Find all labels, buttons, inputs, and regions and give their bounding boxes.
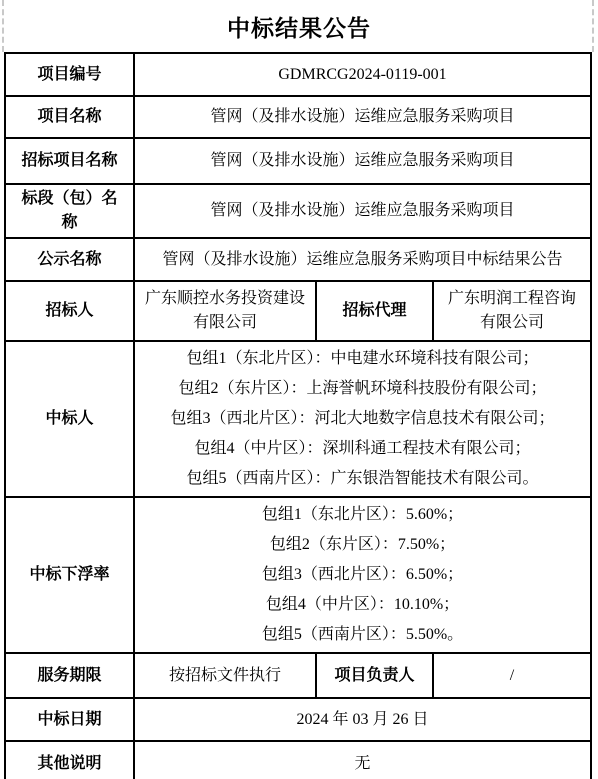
winner-line-4: 包组4（中片区）：深圳科通工程技术有限公司；	[143, 434, 582, 464]
row-winner: 中标人 包组1（东北片区）：中电建水环境科技有限公司； 包组2（东片区）：上海誉…	[5, 341, 591, 497]
award-date-value: 2024 年 03 月 26 日	[134, 698, 591, 741]
row-label-service-period: 服务期限	[5, 653, 134, 698]
project-name-value: 管网（及排水设施）运维应急服务采购项目	[134, 96, 591, 138]
discount-line-4: 包组4（中片区）：10.10%；	[143, 590, 582, 620]
section-name-value: 管网（及排水设施）运维应急服务采购项目	[134, 184, 591, 238]
row-label-section-name: 标段（包）名称	[5, 184, 134, 238]
winner-line-3: 包组3（西北片区）：河北大地数字信息技术有限公司；	[143, 404, 582, 434]
row-label-tender-project-name: 招标项目名称	[5, 138, 134, 184]
row-label-winner: 中标人	[5, 341, 134, 497]
discount-line-3: 包组3（西北片区）：6.50%；	[143, 560, 582, 590]
row-label-award-date: 中标日期	[5, 698, 134, 741]
row-label-tender-agent: 招标代理	[316, 281, 433, 341]
tender-agent-value: 广东明润工程咨询有限公司	[433, 281, 591, 341]
row-label-announcement-name: 公示名称	[5, 238, 134, 281]
row-tender-project-name: 招标项目名称 管网（及排水设施）运维应急服务采购项目	[5, 138, 591, 184]
row-section-name: 标段（包）名称 管网（及排水设施）运维应急服务采购项目	[5, 184, 591, 238]
row-service-period: 服务期限 按招标文件执行 项目负责人 /	[5, 653, 591, 698]
announcement-name-value: 管网（及排水设施）运维应急服务采购项目中标结果公告	[134, 238, 591, 281]
discount-line-1: 包组1（东北片区）：5.60%；	[143, 500, 582, 530]
row-label-project-manager: 项目负责人	[316, 653, 433, 698]
tender-project-name-value: 管网（及排水设施）运维应急服务采购项目	[134, 138, 591, 184]
row-discount-rate: 中标下浮率 包组1（东北片区）：5.60%； 包组2（东片区）：7.50%； 包…	[5, 497, 591, 653]
discount-line-5: 包组5（西南片区）：5.50%。	[143, 620, 582, 650]
row-label-tenderer: 招标人	[5, 281, 134, 341]
winner-line-1: 包组1（东北片区）：中电建水环境科技有限公司；	[143, 344, 582, 374]
row-label-discount-rate: 中标下浮率	[5, 497, 134, 653]
row-other-notes: 其他说明 无	[5, 741, 591, 779]
discount-rate-list: 包组1（东北片区）：5.60%； 包组2（东片区）：7.50%； 包组3（西北片…	[134, 497, 591, 653]
winner-list: 包组1（东北片区）：中电建水环境科技有限公司； 包组2（东片区）：上海誉帆环境科…	[134, 341, 591, 497]
winner-line-2: 包组2（东片区）：上海誉帆环境科技股份有限公司；	[143, 374, 582, 404]
row-label-other-notes: 其他说明	[5, 741, 134, 779]
row-award-date: 中标日期 2024 年 03 月 26 日	[5, 698, 591, 741]
other-notes-value: 无	[134, 741, 591, 779]
service-period-value: 按招标文件执行	[134, 653, 316, 698]
announcement-page: 中标结果公告 项目编号 GDMRCG2024-0119-001 项目名称 管网（…	[0, 0, 598, 779]
winner-line-5: 包组5（西南片区）：广东银浩智能技术有限公司。	[143, 464, 582, 494]
bid-result-table: 项目编号 GDMRCG2024-0119-001 项目名称 管网（及排水设施）运…	[4, 52, 592, 779]
row-announcement-name: 公示名称 管网（及排水设施）运维应急服务采购项目中标结果公告	[5, 238, 591, 281]
row-project-name: 项目名称 管网（及排水设施）运维应急服务采购项目	[5, 96, 591, 138]
project-number-value: GDMRCG2024-0119-001	[134, 53, 591, 96]
discount-line-2: 包组2（东片区）：7.50%；	[143, 530, 582, 560]
row-tenderer: 招标人 广东顺控水务投资建设有限公司 招标代理 广东明润工程咨询有限公司	[5, 281, 591, 341]
project-manager-value: /	[433, 653, 591, 698]
tenderer-value: 广东顺控水务投资建设有限公司	[134, 281, 316, 341]
page-title: 中标结果公告	[0, 0, 598, 52]
row-label-project-name: 项目名称	[5, 96, 134, 138]
row-label-project-number: 项目编号	[5, 53, 134, 96]
row-project-number: 项目编号 GDMRCG2024-0119-001	[5, 53, 591, 96]
